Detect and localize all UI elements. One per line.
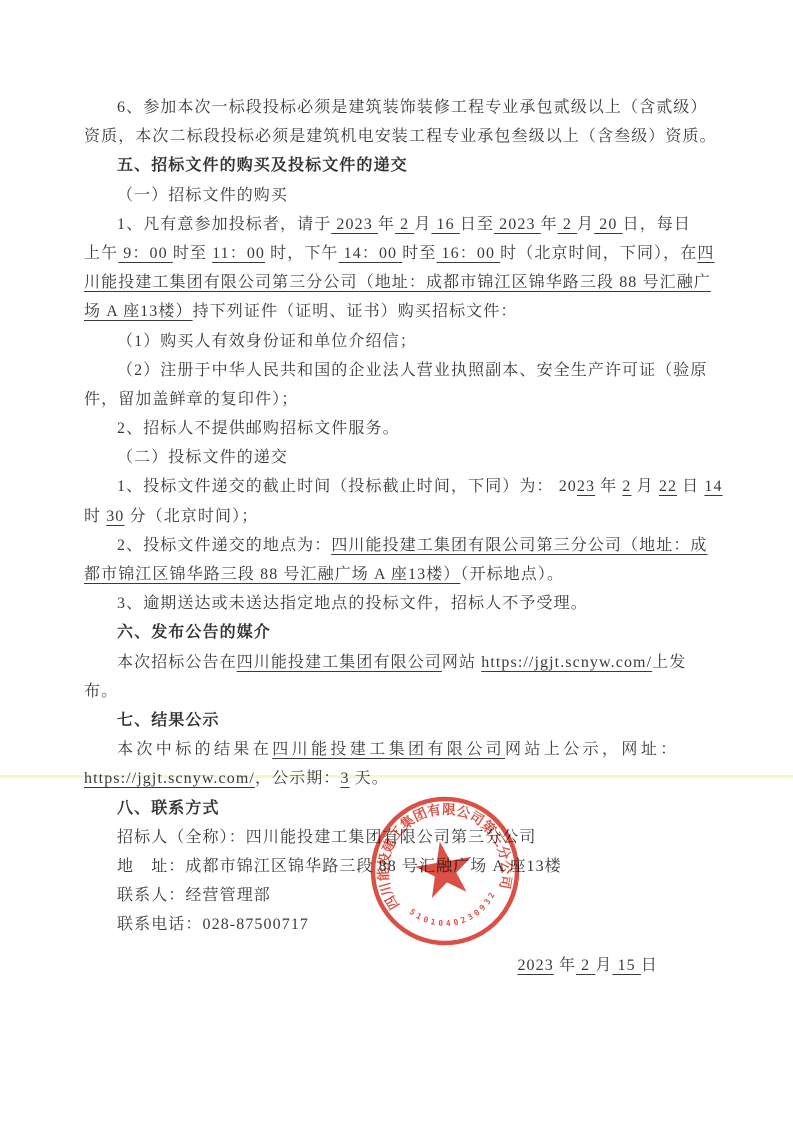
text-segment: 时至: [402, 245, 436, 262]
underlined-text: 16：00: [436, 245, 500, 262]
doc-line: （1）购买人有效身份证和单位介绍信；: [84, 327, 716, 356]
underlined-text: 3: [340, 770, 349, 787]
text-segment: 联系电话：028-87500717: [117, 916, 309, 933]
text-segment: 年: [378, 216, 395, 233]
text-segment: ，公示期：: [255, 770, 341, 787]
doc-line: 本次中标的结果在四川能投建工集团有限公司网站上公示，网址：: [84, 735, 716, 764]
text-segment: 年: [554, 957, 576, 974]
text-segment: 六、发布公告的媒介: [117, 624, 271, 641]
text-segment: 网站上公示，网址：: [505, 741, 680, 758]
doc-line: （一）招标文件的购买: [84, 181, 716, 210]
text-segment: （一）招标文件的购买: [117, 187, 288, 204]
underlined-text: 2023: [494, 216, 541, 233]
underlined-text: 四: [697, 245, 714, 262]
text-segment: 资质，本次二标段投标必须是建筑机电安装工程专业承包叁级以上（含叁级）资质。: [84, 128, 717, 145]
underlined-text: https://jgjt.scnyw.com/: [84, 770, 255, 787]
text-segment: 1、投标文件递交的截止时间（投标截止时间，下同）为： 20: [117, 478, 577, 495]
text-segment: 月: [577, 216, 594, 233]
text-segment: 2、招标人不提供邮购招标文件服务。: [117, 420, 400, 437]
text-segment: 上发: [652, 654, 686, 671]
doc-line: 2、投标文件递交的地点为：四川能投建工集团有限公司第三分公司（地址：成: [84, 531, 716, 560]
text-segment: 日: [677, 478, 704, 495]
doc-line: 场 A 座13楼）持下列证件（证明、证书）购买招标文件：: [84, 297, 716, 326]
doc-line: 川能投建工集团有限公司第三分公司（地址：成都市锦江区锦华路三段 88 号汇融广: [84, 268, 716, 297]
text-segment: 月: [632, 478, 659, 495]
text-segment: 时，下午: [265, 245, 339, 262]
text-segment: 件，留加盖鲜章的复印件）；: [84, 391, 298, 408]
doc-line: 3、逾期送达或未送达指定地点的投标文件，招标人不予受理。: [84, 589, 716, 618]
text-segment: 八、联系方式: [117, 800, 220, 817]
underlined-text: 22: [659, 478, 677, 495]
underlined-text: 2: [558, 216, 577, 233]
doc-line: 件，留加盖鲜章的复印件）；: [84, 385, 716, 414]
text-segment: 时（北京时间，下同），在: [500, 245, 697, 262]
underlined-text: 2: [395, 216, 414, 233]
text-segment: 本次招标公告在: [117, 654, 237, 671]
doc-line: 2、招标人不提供邮购招标文件服务。: [84, 414, 716, 443]
underlined-text: 9：00: [118, 245, 173, 262]
text-segment: 五、招标文件的购买及投标文件的递交: [117, 157, 408, 174]
text-segment: 时: [84, 508, 106, 525]
underlined-text: 23: [577, 478, 595, 495]
doc-line: （二）投标文件的递交: [84, 443, 716, 472]
text-segment: 布。: [84, 683, 118, 700]
doc-line: 五、招标文件的购买及投标文件的递交: [84, 151, 716, 180]
text-segment: 年: [541, 216, 558, 233]
underlined-text: 2023: [517, 957, 553, 974]
underlined-text: 场 A 座13楼）: [84, 303, 193, 320]
doc-line: 都市锦江区锦华路三段 88 号汇融广场 A 座13楼）（开标地点）。: [84, 560, 716, 589]
doc-line: 1、投标文件递交的截止时间（投标截止时间，下同）为： 2023 年 2 月 22…: [84, 472, 716, 501]
text-segment: 日，每日: [623, 216, 691, 233]
text-segment: 3、逾期送达或未送达指定地点的投标文件，招标人不予受理。: [117, 595, 588, 612]
underlined-text: 川能投建工集团有限公司第三分公司（地址：成都市锦江区锦华路三段 88 号汇融广: [84, 274, 711, 291]
underlined-text: 16: [431, 216, 459, 233]
text-segment: 1、凡有意参加投标者，请于: [117, 216, 331, 233]
text-segment: 天。: [350, 770, 389, 787]
underlined-text: 2023: [331, 216, 378, 233]
text-segment: 2、投标文件递交的地点为：: [117, 537, 331, 554]
star-icon: [412, 837, 478, 900]
text-segment: 网站: [442, 654, 481, 671]
underlined-text: 都市锦江区锦华路三段 88 号汇融广场 A 座13楼）: [84, 566, 460, 583]
text-segment: （1）购买人有效身份证和单位介绍信；: [117, 333, 417, 350]
text-segment: 持下列证件（证明、证书）购买招标文件：: [193, 303, 518, 320]
text-segment: 日: [641, 957, 658, 974]
text-segment: （开标地点）。: [460, 566, 564, 583]
doc-line: 本次招标公告在四川能投建工集团有限公司网站 https://jgjt.scnyw…: [84, 648, 716, 677]
underlined-text: 四川能投建工集团有限公司第三分公司（地址：成: [331, 537, 707, 554]
underlined-text: 四川能投建工集团有限公司: [237, 654, 442, 671]
underlined-text: 2: [622, 478, 631, 495]
underlined-text: https://jgjt.scnyw.com/: [481, 654, 652, 671]
doc-line: 6、参加本次一标段投标必须是建筑装饰装修工程专业承包贰级以上（含贰级）: [84, 93, 716, 122]
text-segment: 上午: [84, 245, 118, 262]
text-segment: 七、结果公示: [117, 712, 220, 729]
underlined-text: 11：00: [212, 245, 265, 262]
doc-line: 七、结果公示: [84, 706, 716, 735]
doc-line: 时 30 分（北京时间）；: [84, 502, 716, 531]
doc-line: 资质，本次二标段投标必须是建筑机电安装工程专业承包叁级以上（含叁级）资质。: [84, 122, 716, 151]
doc-line: 六、发布公告的媒介: [84, 618, 716, 647]
underlined-text: 30: [106, 508, 124, 525]
underlined-text: 15: [612, 957, 640, 974]
text-segment: 月: [595, 957, 612, 974]
underlined-text: 14：00: [339, 245, 403, 262]
scanned-document-page: 6、参加本次一标段投标必须是建筑装饰装修工程专业承包贰级以上（含贰级）资质，本次…: [0, 0, 793, 1123]
underlined-text: 20: [594, 216, 622, 233]
text-segment: 日至: [460, 216, 494, 233]
doc-line: 1、凡有意参加投标者，请于 2023 年 2 月 16 日至 2023 年 2 …: [84, 210, 716, 239]
text-segment: 本次中标的结果在: [117, 741, 272, 758]
text-segment: 年: [595, 478, 622, 495]
text-segment: 时至: [173, 245, 212, 262]
doc-line: https://jgjt.scnyw.com/，公示期：3 天。: [84, 764, 716, 793]
underlined-text: 2: [576, 957, 595, 974]
doc-line: 上午 9：00 时至 11：00 时，下午 14：00 时至 16：00 时（北…: [84, 239, 716, 268]
text-segment: （2）注册于中华人民共和国的企业法人营业执照副本、安全生产许可证（验原: [117, 362, 708, 379]
text-segment: 6、参加本次一标段投标必须是建筑装饰装修工程专业承包贰级以上（含贰级）: [117, 99, 708, 116]
underlined-text: 14: [704, 478, 722, 495]
text-segment: 分（北京时间）；: [124, 508, 258, 525]
text-segment: 联系人：经营管理部: [117, 887, 271, 904]
underlined-text: 四川能投建工集团有限公司: [272, 741, 505, 758]
company-seal: 四川能投建工集团有限公司第三分公司 5101040230932: [350, 776, 540, 966]
text-segment: 月: [414, 216, 431, 233]
text-segment: （二）投标文件的递交: [117, 449, 288, 466]
doc-line: 布。: [84, 677, 716, 706]
doc-line: （2）注册于中华人民共和国的企业法人营业执照副本、安全生产许可证（验原: [84, 356, 716, 385]
